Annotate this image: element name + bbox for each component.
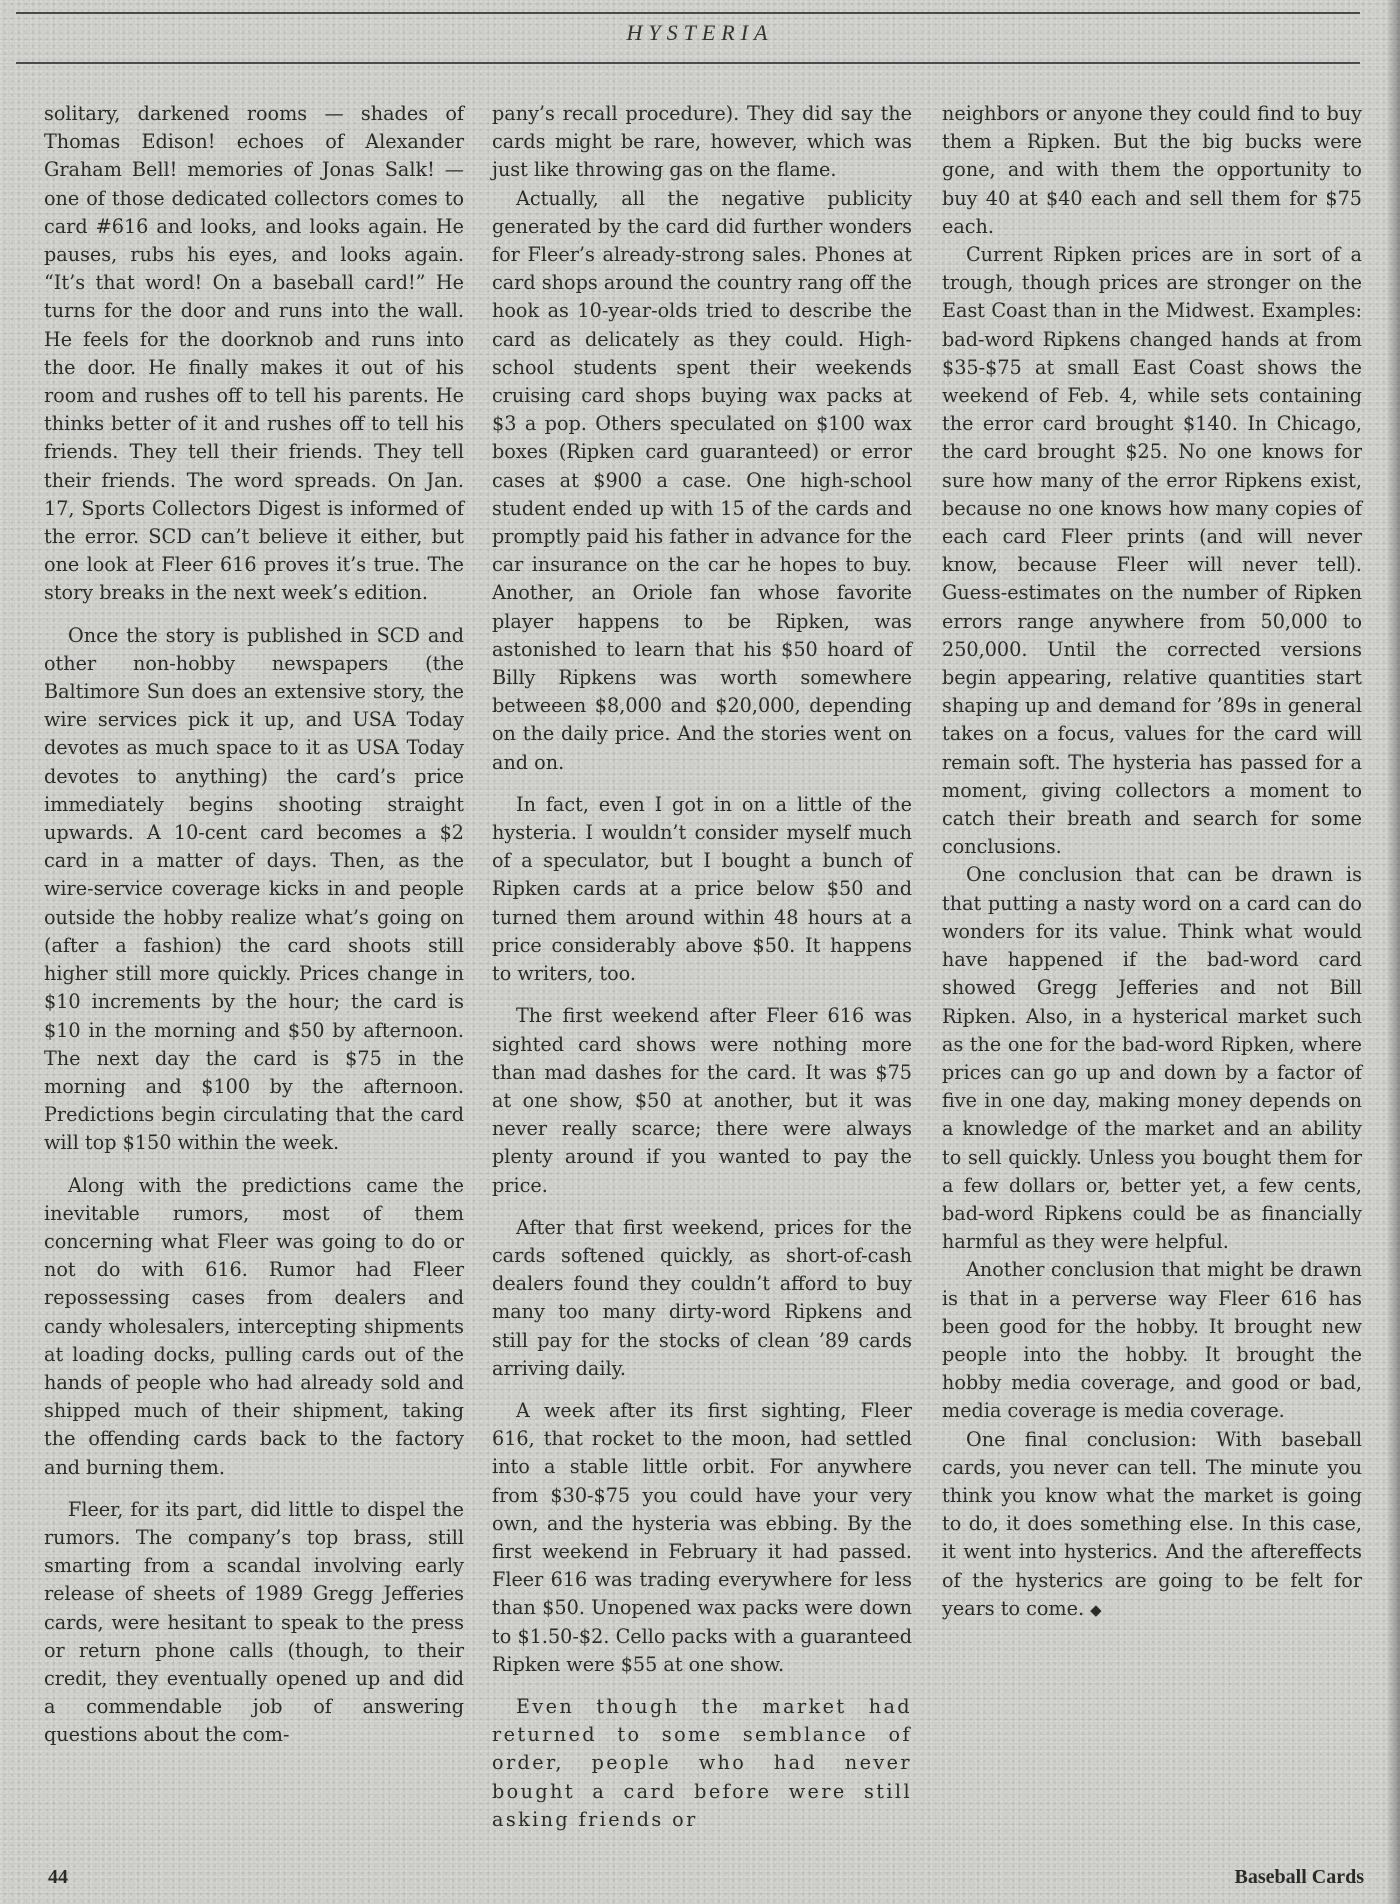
paragraph: One final conclusion: With baseball card… (942, 1426, 1362, 1624)
page-number: 44 (48, 1866, 68, 1889)
paragraph: pany’s recall procedure). They did say t… (492, 100, 912, 185)
scan-edge-shadow (1386, 0, 1400, 1904)
paragraph: In fact, even I got in on a little of th… (492, 791, 912, 988)
paragraph: solitary, darkened rooms — shades of Tho… (44, 100, 464, 608)
paragraph: Even though the market had returned to s… (492, 1693, 912, 1834)
article-column-1: solitary, darkened rooms — shades of Tho… (44, 100, 464, 1750)
end-of-article-diamond-icon: ◆ (1090, 1601, 1102, 1619)
paragraph: neighbors or anyone they could find to b… (942, 100, 1362, 241)
paragraph: Along with the predictions came the inev… (44, 1172, 464, 1482)
publication-name: Baseball Cards (1235, 1866, 1364, 1889)
header-rule-bottom (16, 62, 1360, 64)
header-rule-top (16, 12, 1360, 14)
magazine-page: HYSTERIA solitary, darkened rooms — shad… (0, 0, 1400, 1904)
paragraph: After that first weekend, prices for the… (492, 1214, 912, 1383)
article-column-2: pany’s recall procedure). They did say t… (492, 100, 912, 1834)
article-column-3: neighbors or anyone they could find to b… (942, 100, 1362, 1624)
paragraph-text: One final conclusion: With baseball card… (942, 1428, 1362, 1620)
paragraph: The first weekend after Fleer 616 was si… (492, 1002, 912, 1199)
paragraph: Actually, all the negative publicity gen… (492, 185, 912, 777)
paragraph: Fleer, for its part, did little to dispe… (44, 1496, 464, 1750)
running-title: HYSTERIA (0, 20, 1400, 46)
paragraph: Once the story is published in SCD and o… (44, 622, 464, 1158)
paragraph: One conclusion that can be drawn is that… (942, 861, 1362, 1256)
paragraph: Another conclusion that might be drawn i… (942, 1256, 1362, 1425)
paragraph: Current Ripken prices are in sort of a t… (942, 241, 1362, 861)
paragraph: A week after its first sighting, Fleer 6… (492, 1397, 912, 1679)
